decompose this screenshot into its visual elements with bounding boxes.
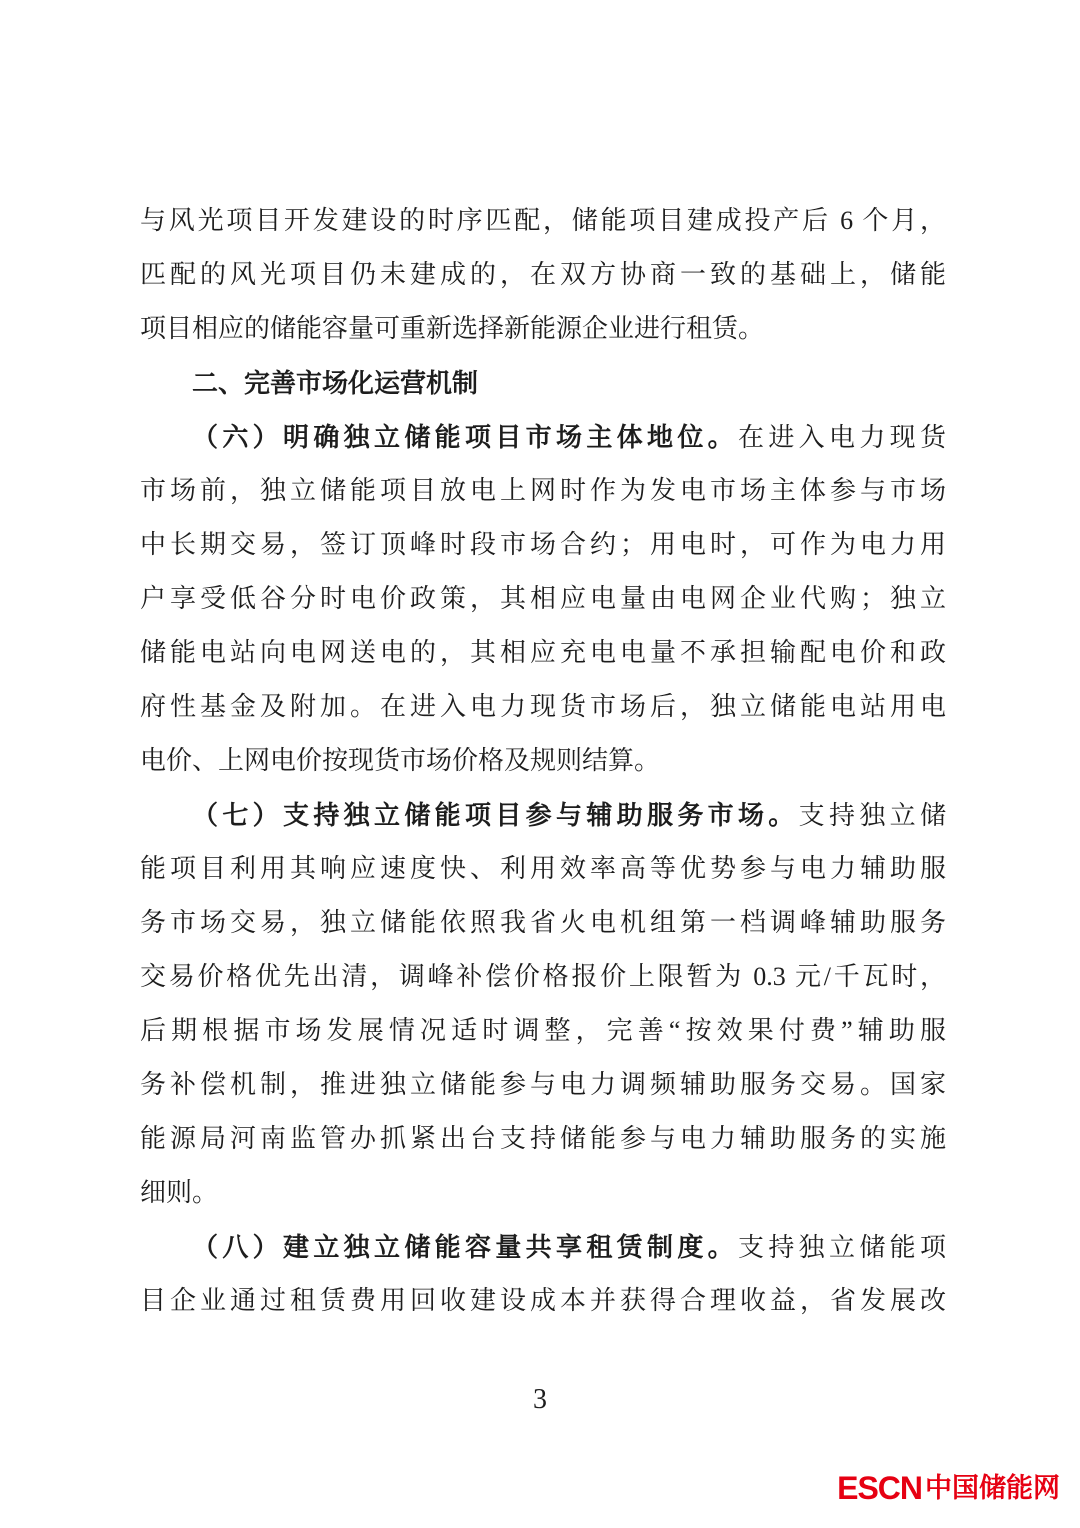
- text-line: 匹配的风光项目仍未建成的，在双方协商一致的基础上，储能: [140, 248, 946, 302]
- text-line: 务补偿机制，推进独立储能参与电力调频辅助服务交易。国家: [140, 1058, 946, 1112]
- text-line: 能源局河南监管办抓紧出台支持储能参与电力辅助服务的实施: [140, 1112, 946, 1166]
- text-line: 储能电站向电网送电的，其相应充电电量不承担输配电价和政: [140, 626, 946, 680]
- document-page: 与风光项目开发建设的时序匹配，储能项目建成投产后 6 个月，匹配的风光项目仍未建…: [0, 0, 1080, 1528]
- text-segment: 务补偿机制，推进独立储能参与电力调频辅助服务交易。国家: [140, 1070, 946, 1099]
- text-line: 后期根据市场发展情况适时调整，完善“按效果付费”辅助服: [140, 1004, 946, 1058]
- text-line: 市场前，独立储能项目放电上网时作为发电市场主体参与市场: [140, 464, 946, 518]
- text-segment: 细则。: [140, 1178, 218, 1207]
- text-line: 府性基金及附加。在进入电力现货市场后，独立储能电站用电: [140, 680, 946, 734]
- escn-logo-latin: ESCN: [837, 1472, 922, 1504]
- text-segment: 能源局河南监管办抓紧出台支持储能参与电力辅助服务的实施: [140, 1124, 946, 1153]
- text-line: 能项目利用其响应速度快、利用效率高等优势参与电力辅助服: [140, 842, 946, 896]
- text-line: 目企业通过租赁费用回收建设成本并获得合理收益，省发展改: [140, 1274, 946, 1328]
- text-line: 项目相应的储能容量可重新选择新能源企业进行租赁。: [140, 302, 946, 356]
- text-segment-bold: 二、完善市场化运营机制: [192, 368, 478, 398]
- text-segment-bold: （八）建立独立储能容量共享租赁制度。: [192, 1232, 738, 1262]
- text-segment-bold: （七）支持独立储能项目参与辅助服务市场。: [192, 800, 799, 830]
- text-segment: 目企业通过租赁费用回收建设成本并获得合理收益，省发展改: [140, 1286, 946, 1315]
- text-line: 与风光项目开发建设的时序匹配，储能项目建成投产后 6 个月，: [140, 194, 946, 248]
- text-segment: 电价、上网电价按现货市场价格及规则结算。: [140, 746, 660, 775]
- text-segment: 交易价格优先出清，调峰补偿价格报价上限暂为 0.3 元/千瓦时，: [140, 962, 946, 991]
- text-segment: 与风光项目开发建设的时序匹配，储能项目建成投产后 6 个月，: [140, 206, 946, 235]
- text-segment: 支持独立储能项: [738, 1233, 946, 1262]
- text-line: 户享受低谷分时电价政策，其相应电量由电网企业代购；独立: [140, 572, 946, 626]
- text-segment: 项目相应的储能容量可重新选择新能源企业进行租赁。: [140, 314, 764, 343]
- page-number: 3: [0, 1386, 1080, 1414]
- escn-logo: ESCN 中国储能网: [837, 1472, 1060, 1504]
- text-segment: 中长期交易，签订顶峰时段市场合约；用电时，可作为电力用: [140, 530, 946, 559]
- text-line: （七）支持独立储能项目参与辅助服务市场。支持独立储: [140, 788, 946, 842]
- text-segment: 储能电站向电网送电的，其相应充电电量不承担输配电价和政: [140, 638, 946, 667]
- text-segment: 后期根据市场发展情况适时调整，完善“按效果付费”辅助服: [140, 1016, 946, 1045]
- text-line: 二、完善市场化运营机制: [140, 356, 946, 410]
- text-line: 交易价格优先出清，调峰补偿价格报价上限暂为 0.3 元/千瓦时，: [140, 950, 946, 1004]
- text-segment: 支持独立储: [799, 801, 946, 830]
- text-line: （八）建立独立储能容量共享租赁制度。支持独立储能项: [140, 1220, 946, 1274]
- text-segment: 匹配的风光项目仍未建成的，在双方协商一致的基础上，储能: [140, 260, 946, 289]
- text-line: （六）明确独立储能项目市场主体地位。在进入电力现货: [140, 410, 946, 464]
- text-segment: 府性基金及附加。在进入电力现货市场后，独立储能电站用电: [140, 692, 946, 721]
- text-line: 务市场交易，独立储能依照我省火电机组第一档调峰辅助服务: [140, 896, 946, 950]
- document-body: 与风光项目开发建设的时序匹配，储能项目建成投产后 6 个月，匹配的风光项目仍未建…: [140, 194, 946, 1328]
- text-segment: 市场前，独立储能项目放电上网时作为发电市场主体参与市场: [140, 476, 946, 505]
- text-segment: 务市场交易，独立储能依照我省火电机组第一档调峰辅助服务: [140, 908, 946, 937]
- text-line: 电价、上网电价按现货市场价格及规则结算。: [140, 734, 946, 788]
- escn-logo-chinese: 中国储能网: [925, 1475, 1060, 1502]
- text-line: 细则。: [140, 1166, 946, 1220]
- text-segment: 能项目利用其响应速度快、利用效率高等优势参与电力辅助服: [140, 854, 946, 883]
- text-segment: 在进入电力现货: [738, 423, 946, 452]
- text-segment-bold: （六）明确独立储能项目市场主体地位。: [192, 422, 738, 452]
- text-line: 中长期交易，签订顶峰时段市场合约；用电时，可作为电力用: [140, 518, 946, 572]
- text-segment: 户享受低谷分时电价政策，其相应电量由电网企业代购；独立: [140, 584, 946, 613]
